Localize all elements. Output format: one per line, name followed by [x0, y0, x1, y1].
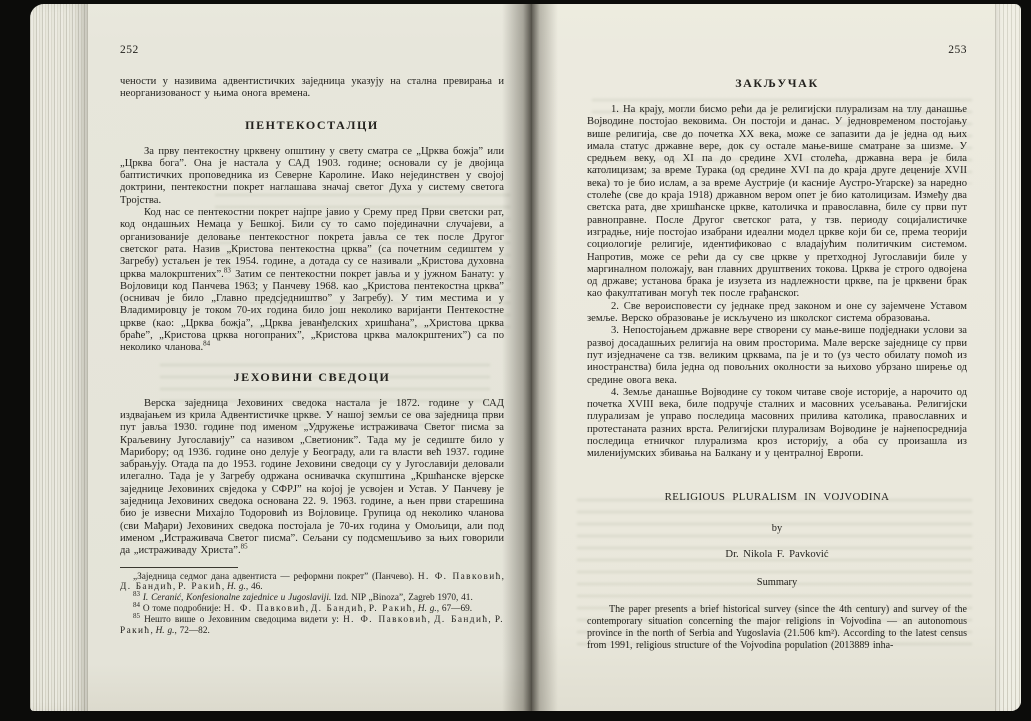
- scanned-book-spread: { "scan": { "colors": { "bg": "#0c0c0a",…: [0, 0, 1031, 721]
- page-right: 253 ЗАКЉУЧАК 1. На крају, могли бисмо ре…: [532, 4, 1021, 711]
- continuation-paragraph: чености у називима адвентистичких заједн…: [120, 76, 504, 101]
- footnote: 84 О томе подробније: Н. Ф. Павковић, Д.…: [120, 604, 504, 615]
- summary-title: RELIGIOUS PLURALISM IN VOJVODINA: [587, 491, 967, 503]
- paragraph: Код нас се пентекостни покрет најпре јав…: [120, 207, 504, 355]
- section-heading-conclusion: ЗАКЉУЧАК: [587, 76, 967, 91]
- paragraph: 3. Непостојањем државне вере створени су…: [587, 325, 967, 386]
- paragraph: За прву пентекостну црквену општину у св…: [120, 146, 504, 207]
- paragraph: 1. На крају, могли бисмо рећи да је рели…: [587, 104, 967, 301]
- footnotes: „Заједница седмог дана адвентиста — рефо…: [120, 567, 504, 637]
- open-book: 252 чености у називима адвентистичких за…: [30, 4, 1021, 711]
- section-heading-jehovahs-witnesses: ЈЕХОВИНИ СВЕДОЦИ: [120, 370, 504, 385]
- footnote-list: „Заједница седмог дана адвентиста — рефо…: [120, 572, 504, 637]
- page-number-left: 252: [120, 44, 504, 56]
- footnote: 83 I. Ceranić, Konfesionalne zajednice u…: [120, 593, 504, 604]
- paragraph: 2. Све вероисповести су једнаке пред зак…: [587, 301, 967, 326]
- summary-author: Dr. Nikola F. Pavković: [587, 549, 967, 560]
- left-page-content: 252 чености у називима адвентистичких за…: [30, 4, 532, 711]
- page-number-right: 253: [587, 44, 967, 56]
- footnote-separator: [120, 567, 238, 568]
- footnote: „Заједница седмог дана адвентиста — рефо…: [120, 572, 504, 594]
- section-pentecostals: За прву пентекостну црквену општину у св…: [120, 146, 504, 355]
- summary-label: Summary: [587, 577, 967, 588]
- right-page-content: 253 ЗАКЉУЧАК 1. На крају, могли бисмо ре…: [532, 4, 1021, 711]
- paragraph: 4. Земље данашње Војводине су током чита…: [587, 387, 967, 461]
- paragraph: Верска заједница Јеховиних сведока наста…: [120, 398, 504, 558]
- section-jehovahs-witnesses: Верска заједница Јеховиних сведока наста…: [120, 398, 504, 558]
- footnote: 85 Нешто више о Јеховиним сведоцима виде…: [120, 615, 504, 637]
- summary-byline: by: [587, 523, 967, 534]
- page-left: 252 чености у називима адвентистичких за…: [30, 4, 532, 711]
- section-conclusion: 1. На крају, могли бисмо рећи да је рели…: [587, 104, 967, 461]
- summary-text: The paper presents a brief historical su…: [587, 604, 967, 652]
- section-heading-pentecostals: ПЕНТЕКОСТАЛЦИ: [120, 118, 504, 133]
